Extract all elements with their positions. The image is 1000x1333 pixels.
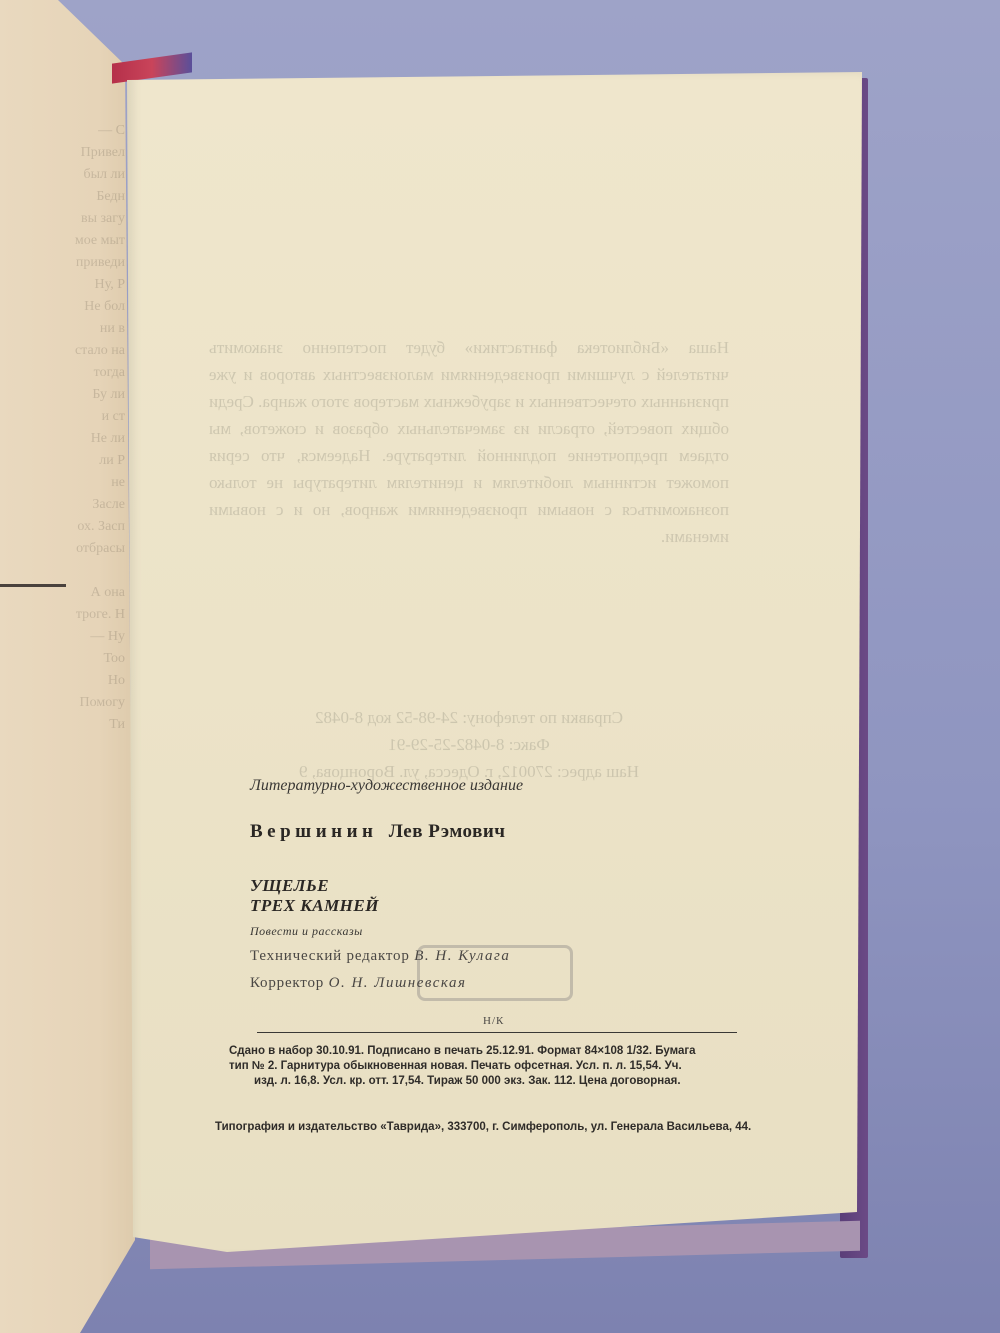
title-line-2: ТРЕХ КАМНЕЙ — [250, 896, 379, 916]
imprint-page: Наша «Библиотека фантастики» будет посте… — [127, 72, 862, 1257]
print-specs-line-1: Сдано в набор 30.10.91. Подписано в печа… — [229, 1044, 729, 1059]
proofreader-role: Корректор — [250, 975, 324, 991]
left-page: — С Привел был ли Бедн вы загу мое мыт п… — [0, 0, 140, 1333]
author-surname: Вершинин — [250, 821, 378, 842]
print-specs: Сдано в набор 30.10.91. Подписано в печа… — [229, 1044, 729, 1089]
author-name: Вершинин Лев Рэмович — [250, 821, 506, 843]
printer-info: Типография и издательство «Таврида», 333… — [215, 1121, 751, 1133]
imprint-block: Литературно-художественное издание Верши… — [127, 72, 862, 1257]
edition-genre: Литературно-художественное издание — [250, 777, 523, 795]
tech-editor-name: В. Н. Кулага — [414, 948, 510, 964]
imprint-rule — [257, 1032, 737, 1033]
print-specs-line-3: изд. л. 16,8. Усл. кр. отт. 17,54. Тираж… — [229, 1074, 729, 1089]
left-page-bleed-text: — С Привел был ли Бедн вы загу мое мыт п… — [0, 120, 125, 736]
left-page-rule — [0, 584, 66, 587]
book-title: УЩЕЛЬЕ ТРЕХ КАМНЕЙ — [250, 876, 379, 916]
tech-editor-credit: Технический редактор В. Н. Кулага — [250, 948, 510, 965]
proofreader-credit: Корректор О. Н. Лишневская — [250, 975, 466, 992]
author-given-names: Лев Рэмович — [389, 821, 506, 842]
edition-code: Н/К — [483, 1015, 504, 1027]
proofreader-name: О. Н. Лишневская — [329, 975, 467, 991]
title-line-1: УЩЕЛЬЕ — [250, 876, 379, 896]
book-subtitle: Повести и рассказы — [250, 924, 363, 939]
print-specs-line-2: тип № 2. Гарнитура обыкновенная новая. П… — [229, 1059, 729, 1074]
tech-editor-role: Технический редактор — [250, 948, 410, 964]
cover-corner — [112, 52, 192, 83]
